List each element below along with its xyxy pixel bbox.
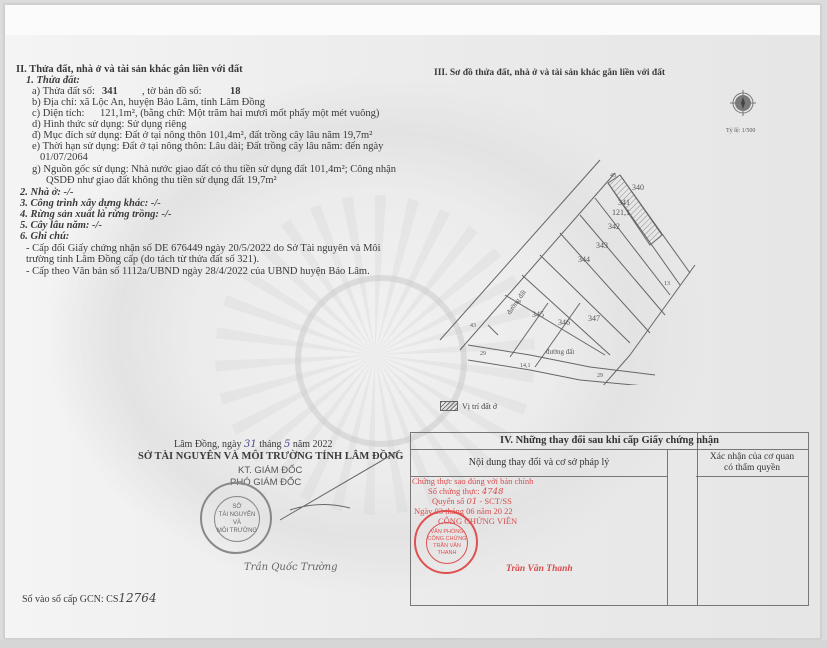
changes-table-confirm-column: Xác nhận của cơ quan có thẩm quyền [696,432,809,606]
dim-29-right: 29 [597,373,603,379]
label-343: 343 [596,241,608,250]
column-header-changes: Nội dung thay đổi và cơ sở pháp lý [411,450,668,477]
dim-14-1: 14,1 [520,363,531,369]
compass-icon [728,88,758,118]
gcn-register-number: Số vào sổ cấp GCN: CS12764 [22,592,157,606]
signing-day: 31 [244,439,257,450]
map-scale: Tỷ lệ: 1/500 [726,128,755,134]
usage-origin-cont: QSDĐ như giao đất không thu tiền sử dụng… [46,175,277,187]
note-2: - Cấp theo Văn bản số 1112a/UBND ngày 28… [26,266,370,278]
section3-title: III. Sơ đồ thửa đất, nhà ở và tài sản kh… [434,67,665,79]
parcel-map: 340 341 121,1 342 343 344 345 346 347 đư… [430,155,700,385]
column-divider [667,476,668,605]
label-346: 346 [558,318,570,327]
dim-43-left: 43 [470,323,476,329]
label-344: 344 [578,255,590,264]
label-341-area: 121,1 [612,208,630,217]
signer-name: Trần Quốc Trường [244,562,338,574]
notary-seal-icon: VĂN PHÒNG CÔNG CHỨNG TRẦN VĂN THANH [414,510,478,574]
column-header-confirm: Xác nhận của cơ quan có thẩm quyền [696,452,808,474]
label-340: 340 [632,183,644,192]
signature-stroke-icon [260,440,410,530]
label-347: 347 [588,314,600,323]
hatch-swatch-icon [440,401,458,411]
dim-43-top: 43 [610,173,616,179]
road-label-bottom: đường đất [546,348,574,356]
label-342: 342 [608,222,620,231]
viewer-bottom-edge [0,640,827,648]
dim-13: 13 [664,281,670,287]
map-legend: Vị trí đất ở [440,401,497,411]
usage-term-date: 01/07/2064 [40,152,88,164]
label-345: 345 [532,310,544,319]
notary-signer: Trần Văn Thanh [506,564,573,574]
label-341: 341 [618,198,630,207]
certification-line-1: Chứng thực sao đúng với bản chính [412,476,533,486]
legend-label: Vị trí đất ở [462,402,497,411]
road-label-main: đường đất [505,288,528,316]
notes-heading: 6. Ghi chú: [20,231,69,243]
dim-29-left: 29 [480,351,486,357]
note-1-cont: trường tỉnh Lâm Đồng cấp (do tách từ thử… [26,254,259,266]
